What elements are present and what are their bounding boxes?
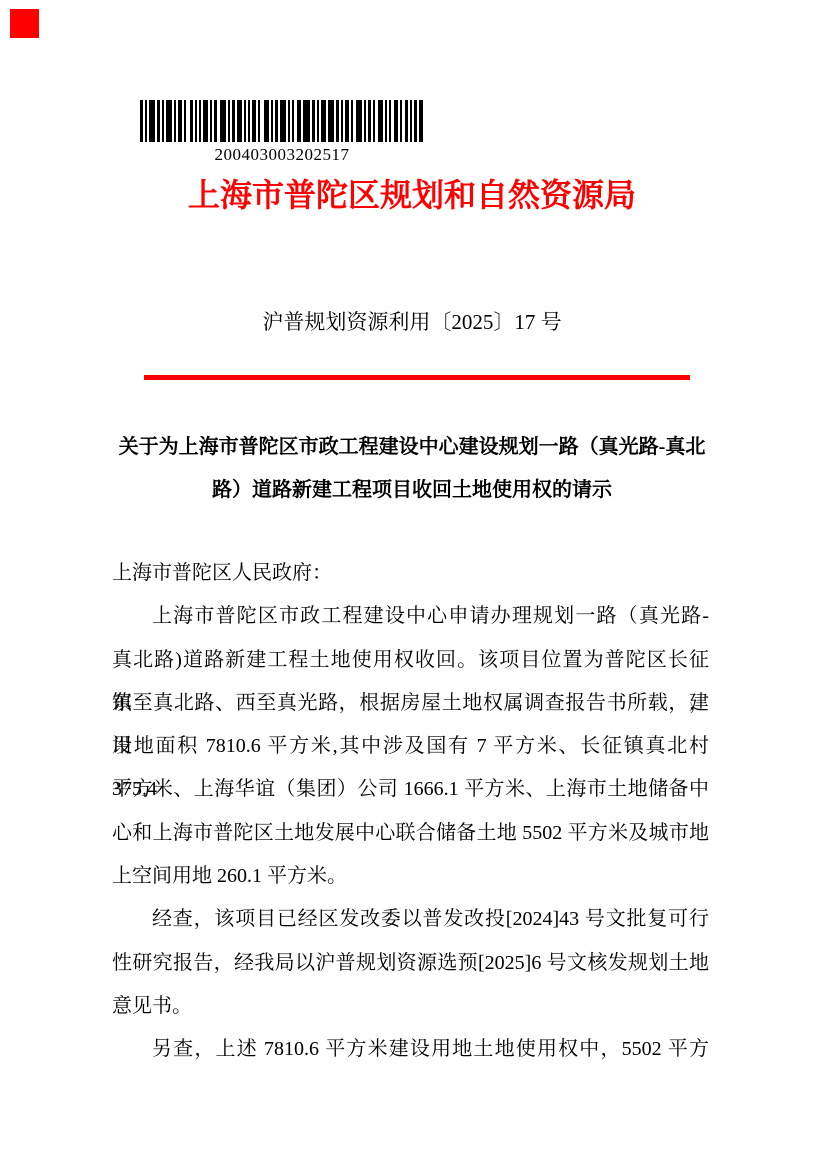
document-title: 关于为上海市普陀区市政工程建设中心建设规划一路（真光路-真北 路）道路新建工程项… [109,426,715,512]
barcode-block: 200403003202517 [140,100,424,165]
body-line: 上空间用地 260.1 平方米。 [112,855,709,898]
barcode-icon [140,100,424,142]
body-line: 性研究报告，经我局以沪普规划资源选预[2025]6 号文核发规划土地 [112,942,709,985]
document-title-line2: 路）道路新建工程项目收回土地使用权的请示 [212,479,612,501]
document-number: 沪普规划资源利用〔2025〕17 号 [112,306,712,336]
body-line: 另查，上述 7810.6 平方米建设用地土地使用权中，5502 平方 [112,1028,709,1071]
body-line: 经查，该项目已经区发改委以普发改投[2024]43 号文批复可行 [112,898,709,941]
body-line: 平方米、上海华谊（集团）公司 1666.1 平方米、上海市土地储备中 [112,768,709,811]
body-line: 东至真北路、西至真光路，根据房屋土地权属调查报告书所载，建设 [112,682,709,725]
document-body: 上海市普陀区人民政府：上海市普陀区市政工程建设中心申请办理规划一路（真光路-真北… [112,552,709,1072]
barcode-number: 200403003202517 [140,145,424,165]
body-line: 真北路)道路新建工程土地使用权收回。该项目位置为普陀区长征镇， [112,639,709,682]
agency-title: 上海市普陀区规划和自然资源局 [112,172,712,218]
body-line: 用地面积 7810.6 平方米,其中涉及国有 7 平方米、长征镇真北村 375.… [112,725,709,768]
red-divider-line [144,375,690,380]
red-stamp-square [10,9,39,38]
body-line: 上海市普陀区人民政府： [112,552,709,595]
body-line: 心和上海市普陀区土地发展中心联合储备土地 5502 平方米及城市地 [112,812,709,855]
document-page: 200403003202517 上海市普陀区规划和自然资源局 沪普规划资源利用〔… [0,0,826,1169]
body-line: 上海市普陀区市政工程建设中心申请办理规划一路（真光路- [112,595,709,638]
body-line: 意见书。 [112,985,709,1028]
document-title-line1: 关于为上海市普陀区市政工程建设中心建设规划一路（真光路-真北 [119,436,706,458]
